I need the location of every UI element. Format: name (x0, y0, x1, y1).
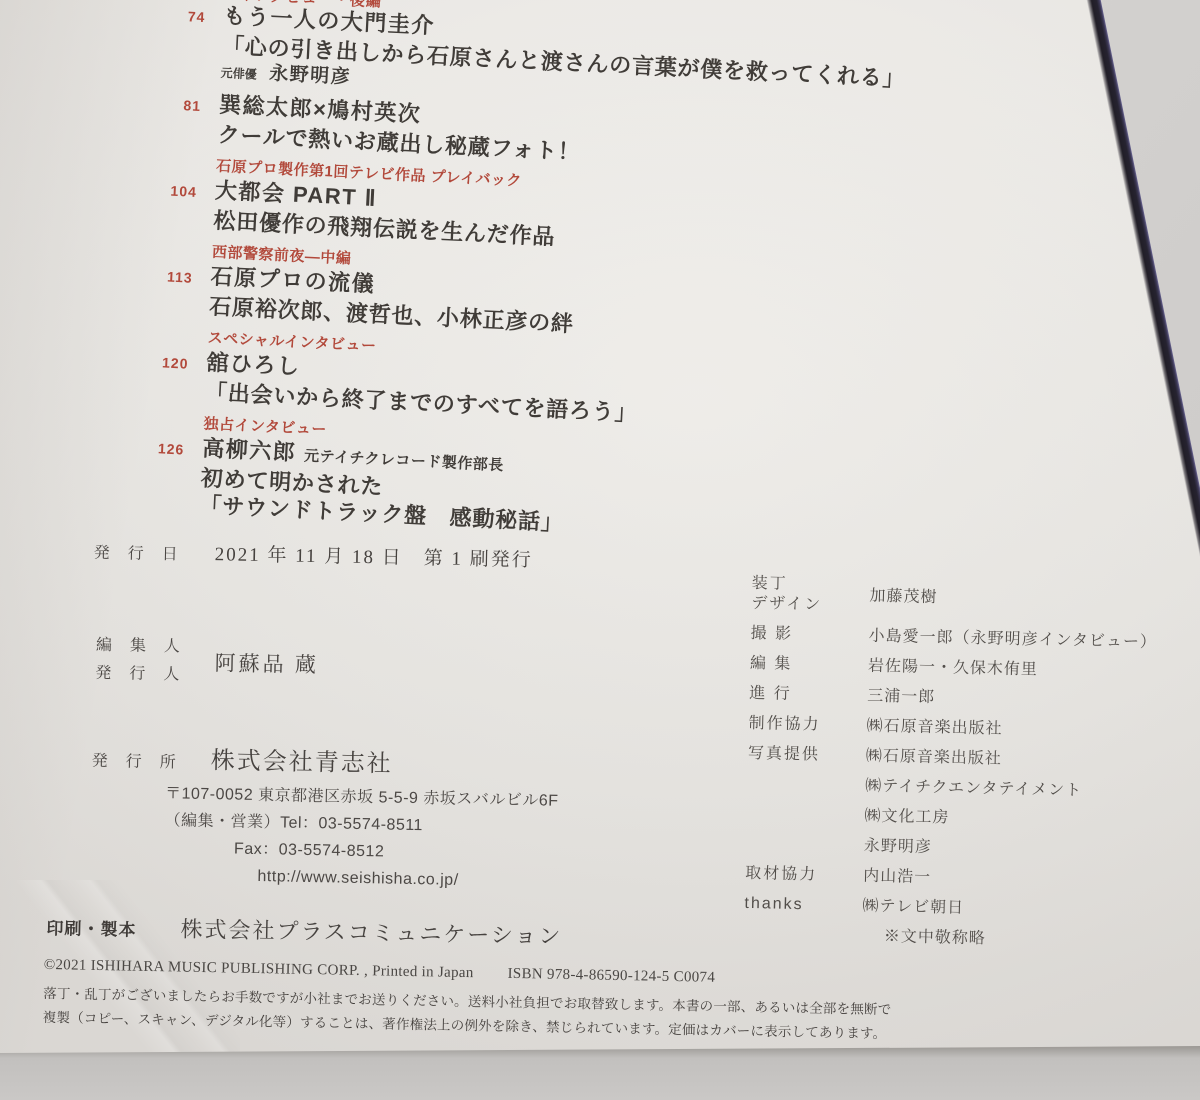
editor-label: 編 集 人 (96, 632, 188, 662)
credit-label: 編 集 (750, 654, 868, 677)
credit-honorifics-note: ※文中敬称略 (862, 927, 1184, 954)
credit-label: 写真提供 (748, 744, 866, 767)
credit-value: 三浦一郎 (867, 687, 1189, 714)
table-of-contents: インタビュー・後編 74 もう一人の大門圭介 「心の引き出しから石原さんと渡さん… (137, 0, 1092, 566)
toc-role-label: 元俳優 (220, 66, 257, 82)
credit-row: 永野明彦 (746, 834, 1186, 864)
publisher-label: 発 行 人 (95, 660, 187, 690)
credit-value: ㈱テイチクエンタテイメント (865, 777, 1187, 804)
credit-row: 制作協力 ㈱石原音楽出版社 (748, 714, 1188, 744)
toc-entry-title: 高柳六郎 (202, 434, 297, 466)
credit-value: 岩佐陽一・久保木侑里 (868, 657, 1190, 684)
credit-value: ㈱石原音楽出版社 (866, 747, 1188, 774)
copyright-text: ©2021 ISHIHARA MUSIC PUBLISHING CORP. , … (44, 957, 474, 982)
credit-value: 加藤茂樹 (869, 587, 1191, 614)
credit-label: 撮 影 (750, 624, 868, 647)
credit-row: 写真提供 ㈱石原音楽出版社 (748, 744, 1188, 774)
toc-page-number: 74 (161, 2, 206, 31)
credit-label: 制作協力 (748, 714, 866, 737)
credit-row: ㈱文化工房 (746, 804, 1186, 834)
credit-row: 進 行 三浦一郎 (749, 684, 1189, 714)
credit-label: 進 行 (749, 684, 867, 707)
issue-date-value: 2021 年 11 月 18 日 第 1 刷発行 (214, 539, 533, 572)
credit-value: ㈱テレビ朝日 (862, 897, 1184, 924)
toc-page-number: 120 (144, 349, 189, 378)
toc-page-number: 104 (152, 177, 197, 206)
credit-row: 編 集 岩佐陽一・久保木侑里 (750, 654, 1190, 684)
credit-label (744, 924, 862, 947)
credit-label (747, 774, 865, 797)
credit-label: 取材協力 (745, 864, 863, 887)
editor-publisher-name: 阿蘇品 蔵 (214, 647, 319, 679)
credit-row: 撮 影 小島愛一郎（永野明彦インタビュー） (750, 624, 1190, 654)
credit-row: thanks ㈱テレビ朝日 (744, 894, 1184, 924)
issue-date-label: 発 行 日 (93, 540, 184, 565)
toc-page-number: 81 (156, 91, 201, 120)
credit-value: 内山浩一 (863, 867, 1185, 894)
credit-label (746, 804, 864, 827)
credit-row: 取材協力 内山浩一 (745, 864, 1185, 894)
credit-label: thanks (744, 894, 862, 917)
printing-company: 株式会社プラスコミュニケーション (180, 913, 563, 951)
editor-publisher-labels: 編 集 人 発 行 人 (95, 632, 187, 690)
credit-row: 装丁 デザイン 加藤茂樹 (751, 574, 1192, 624)
credit-label: 装丁 デザイン (751, 574, 870, 617)
photo-of-book-colophon-page: インタビュー・後編 74 もう一人の大門圭介 「心の引き出しから石原さんと渡さん… (0, 0, 1200, 1100)
book-page: インタビュー・後編 74 もう一人の大門圭介 「心の引き出しから石原さんと渡さん… (0, 0, 1200, 1056)
toc-entry-title: 舘ひろし (206, 349, 301, 381)
credit-row: ※文中敬称略 (744, 924, 1184, 954)
toc-page-number: 113 (148, 263, 193, 292)
office-label: 発 行 所 (91, 748, 182, 773)
toc-page-number: 126 (140, 434, 185, 463)
toc-person-name: 永野明彦 (269, 63, 352, 88)
credit-value: ㈱文化工房 (864, 807, 1186, 834)
staff-credits: 装丁 デザイン 加藤茂樹 撮 影 小島愛一郎（永野明彦インタビュー） 編 集 岩… (743, 574, 1192, 964)
printing-label: 印刷・製本 (46, 914, 136, 941)
isbn-text: ISBN 978-4-86590-124-5 C0074 (507, 966, 715, 987)
credit-label (746, 834, 864, 857)
credit-value: ㈱石原音楽出版社 (866, 717, 1188, 744)
credit-row: ㈱テイチクエンタテイメント (747, 774, 1187, 804)
publisher-company-name: 株式会社青志社 (210, 740, 393, 778)
credit-value: 永野明彦 (864, 837, 1186, 864)
credit-value: 小島愛一郎（永野明彦インタビュー） (868, 627, 1190, 654)
notice-block: 落丁・乱丁がございましたらお手数ですが小社までお送りください。送料小社負担でお取… (43, 982, 974, 1048)
